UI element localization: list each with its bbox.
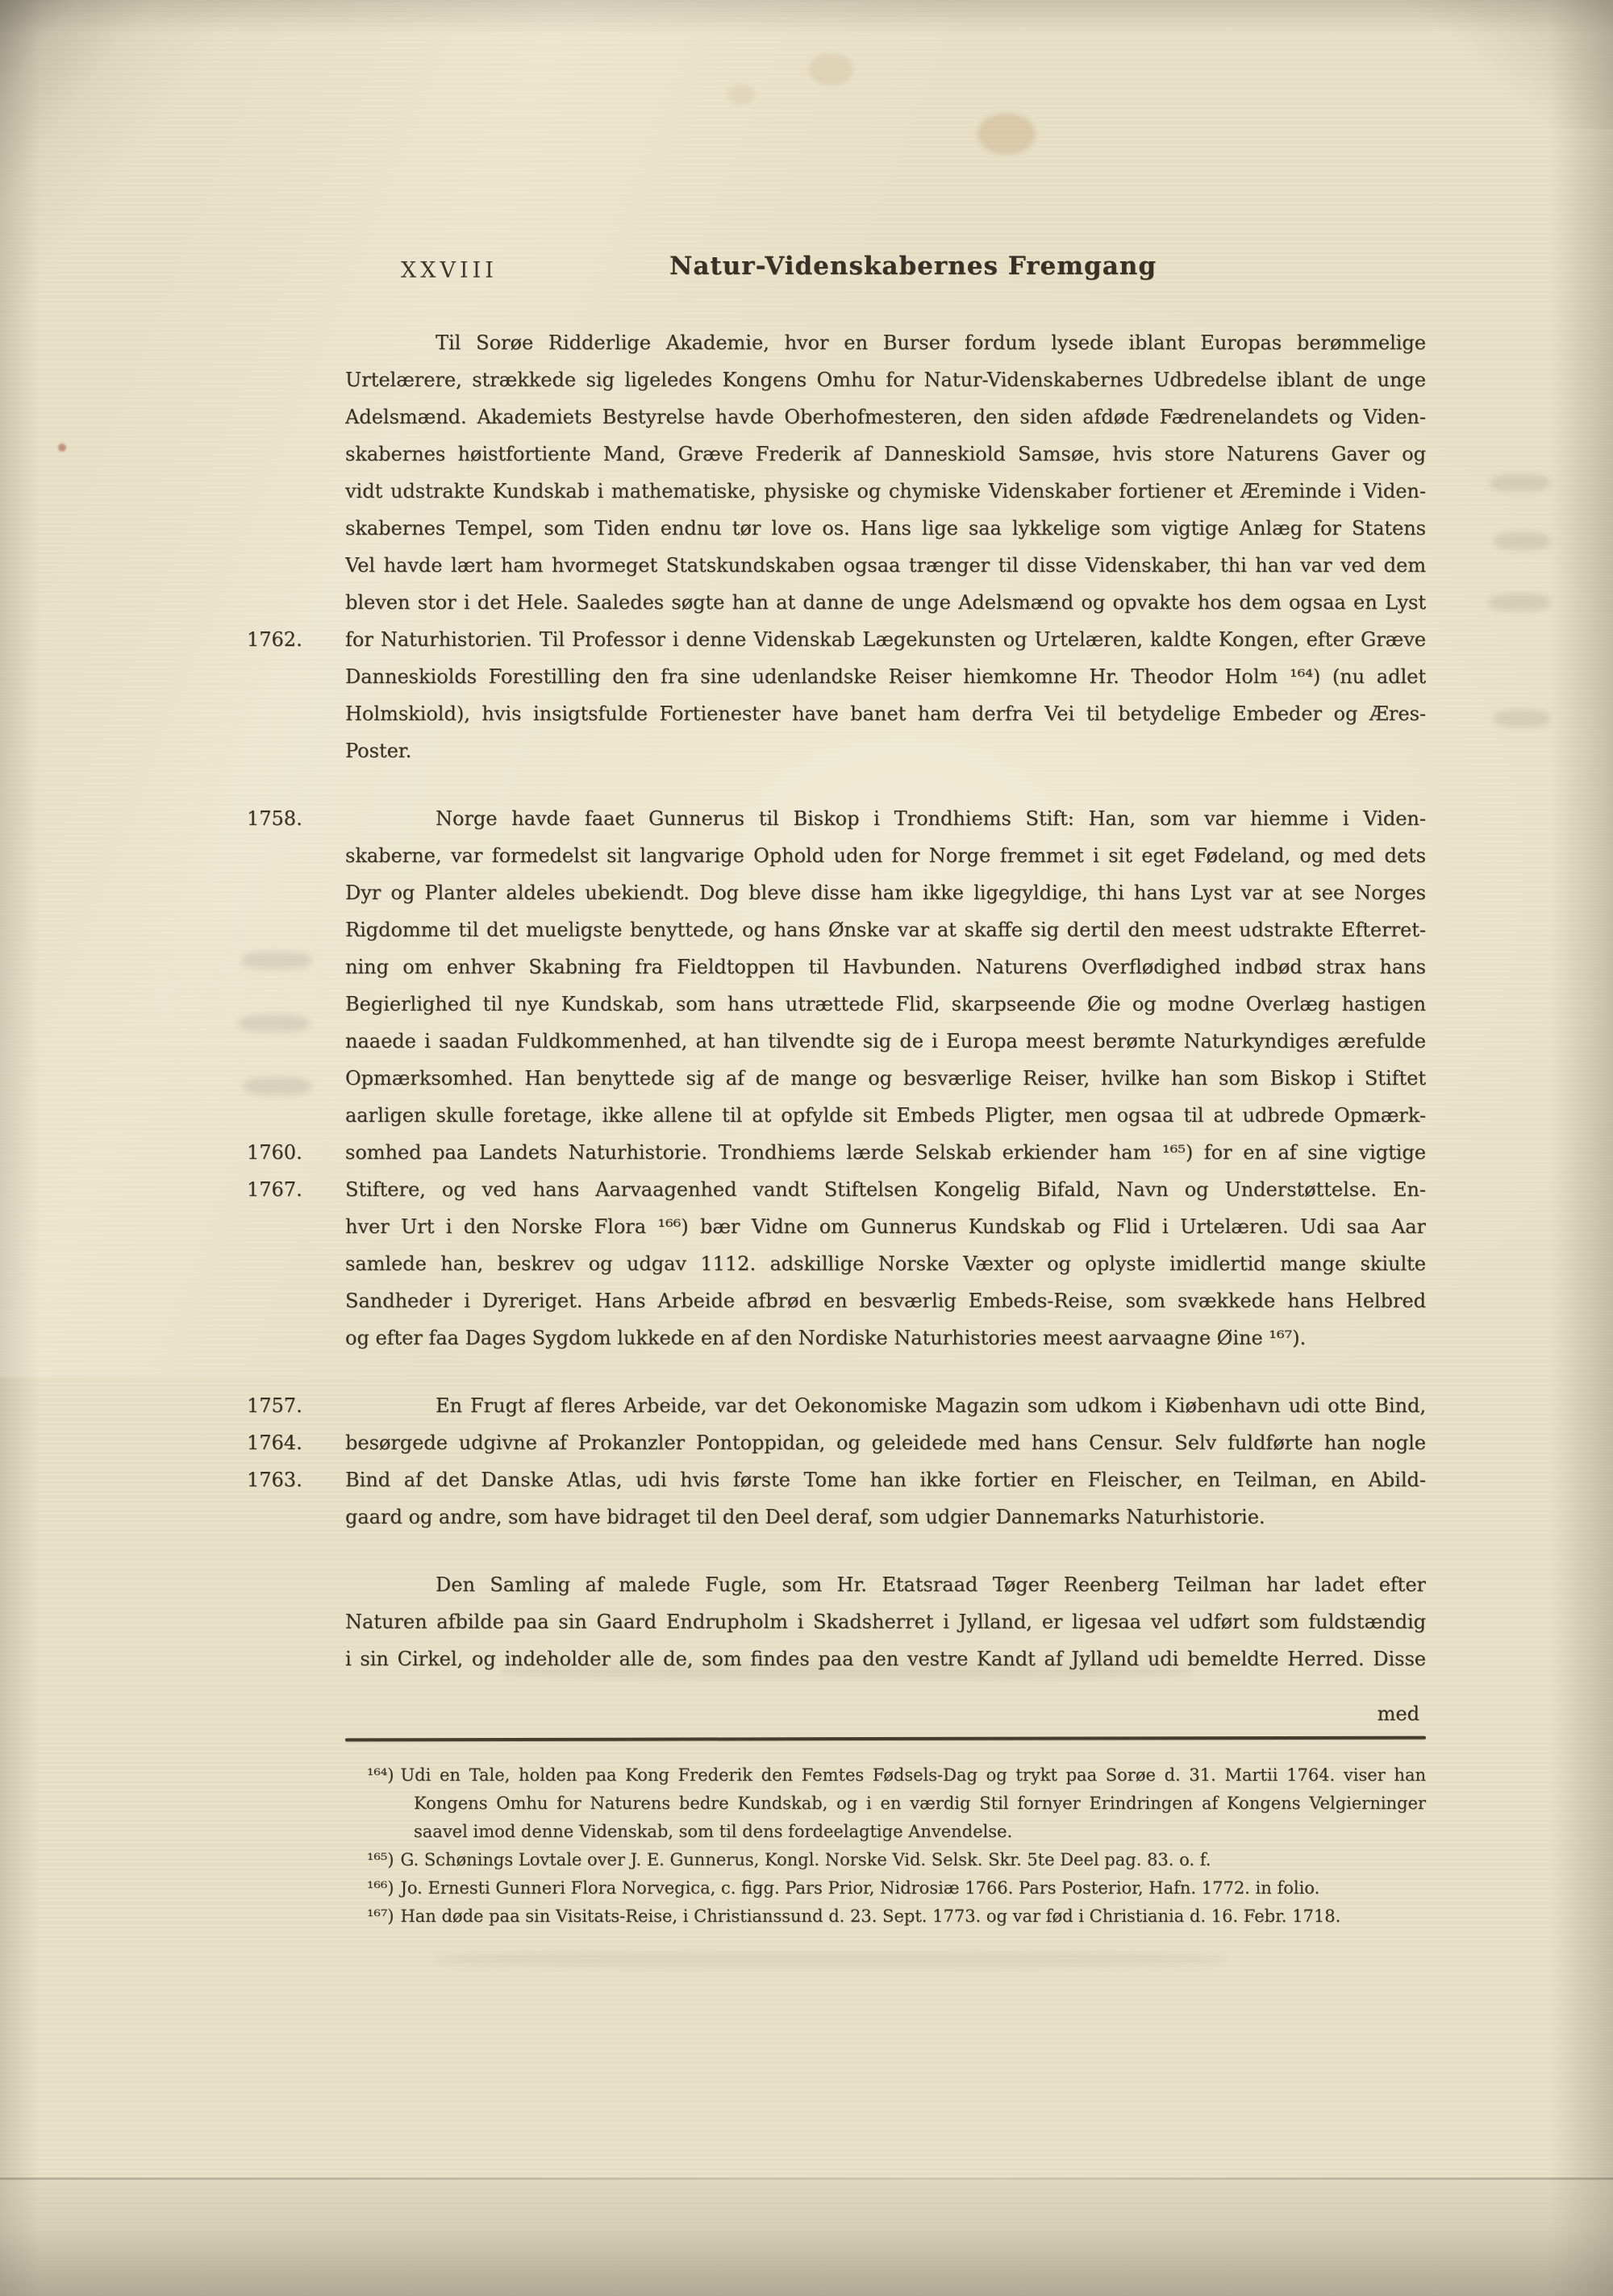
text-line: for Naturhistorien. Til Professor i denn… [345,621,1426,658]
margin-year: 1763. [247,1461,339,1498]
text-line: Opmærksomhed. Han benyttede sig af de ma… [345,1060,1426,1097]
text-line: Danneskiolds Forestilling den fra sine u… [345,658,1426,695]
stain-spot [727,84,755,105]
text-line: Adelsmænd. Akademiets Bestyrelse havde O… [345,398,1426,435]
text-line: Bind af det Danske Atlas, udi hvis først… [345,1461,1426,1498]
text-line: Vel havde lært ham hvormeget Statskundsk… [345,547,1426,584]
footnote-text: Jo. Ernesti Gunneri Flora Norvegica, c. … [400,1878,1319,1898]
text-line: bleven stor i det Hele. Saaledes søgte h… [345,584,1426,621]
paragraph: 1762. Til Sorøe Ridderlige Akademie, hvo… [345,324,1426,769]
footnotes: ¹⁶⁴)Udi en Tale, holden paa Kong Frederi… [367,1761,1426,1931]
show-through-smudge [436,1952,1226,1968]
text-line: og efter faa Dages Sygdom lukkede en af … [345,1319,1426,1356]
text-line: vidt udstrakte Kundskab i mathematiske, … [345,473,1426,510]
text-line: ning om enhver Skabning fra Fieldtoppen … [345,948,1426,985]
text-line: Norge havde faaet Gunnerus til Biskop i … [345,800,1426,837]
footnote-separator [345,1736,1426,1742]
show-through-smudge [239,1015,310,1032]
footnote: ¹⁶⁴)Udi en Tale, holden paa Kong Frederi… [367,1761,1426,1846]
text-line: aarligen skulle foretage, ikke allene ti… [345,1097,1426,1134]
text-line: skabernes Tempel, som Tiden endnu tør lo… [345,510,1426,547]
footnote-label: ¹⁶⁷) [367,1906,400,1926]
text-line: samlede han, beskrev og udgav 1112. adsk… [345,1245,1426,1282]
text-block: 1762. Til Sorøe Ridderlige Akademie, hvo… [345,324,1426,1931]
text-line: Til Sorøe Ridderlige Akademie, hvor en B… [345,324,1426,361]
paragraph: Den Samling af malede Fugle, som Hr. Eta… [345,1566,1426,1677]
footnote: ¹⁶⁶)Jo. Ernesti Gunneri Flora Norvegica,… [367,1874,1426,1902]
text-line: Urtelærere, strækkede sig ligeledes Kong… [345,361,1426,398]
stain-spot [58,444,66,452]
margin-year: 1767. [247,1171,339,1208]
footnote-label: ¹⁶⁶) [367,1878,400,1898]
running-title: Natur-Videnskabernes Fremgang [373,252,1453,281]
scanned-page: XXVIII Natur-Videnskabernes Fremgang 176… [0,0,1613,2296]
footnote-label: ¹⁶⁵) [367,1850,400,1869]
show-through-smudge [1494,532,1550,550]
catchword: med [345,1695,1426,1732]
text-line: hver Urt i den Norske Flora ¹⁶⁶) bær Vid… [345,1208,1426,1245]
footnote-text: G. Schønings Lovtale over J. E. Gunnerus… [400,1850,1211,1869]
text-line: i sin Cirkel, og indeholder alle de, som… [345,1640,1426,1677]
text-line: skaberne, var formedelst sit langvarige … [345,837,1426,874]
text-line: skabernes høistfortiente Mand, Græve Fre… [345,435,1426,473]
text-line: Naturen afbilde paa sin Gaard Endrupholm… [345,1603,1426,1640]
margin-year: 1757. [247,1387,339,1424]
text-line: Den Samling af malede Fugle, som Hr. Eta… [345,1566,1426,1603]
footnote-text: Udi en Tale, holden paa Kong Frederik de… [400,1765,1426,1841]
show-through-smudge [244,1077,311,1095]
text-line: Stiftere, og ved hans Aarvaagenhed vandt… [345,1171,1426,1208]
text-line: Rigdomme til det mueligste benyttede, og… [345,911,1426,948]
footnote: ¹⁶⁵)G. Schønings Lovtale over J. E. Gunn… [367,1846,1426,1874]
text-line: Begierlighed til nye Kundskab, som hans … [345,985,1426,1023]
show-through-smudge [1489,594,1550,611]
footnote-label: ¹⁶⁴) [367,1765,400,1785]
text-line: Dyr og Planter aldeles ubekiendt. Dog bl… [345,874,1426,911]
page-edge-shading [0,2180,1613,2296]
text-line: besørgede udgivne af Prokanzler Pontoppi… [345,1424,1426,1461]
corner-shadow-right [1371,0,1613,129]
margin-year: 1764. [247,1424,339,1461]
stain-spot [808,53,853,85]
text-line: gaard og andre, som have bidraget til de… [345,1498,1426,1536]
paragraph: 1757. 1764. 1763. En Frugt af fleres Arb… [345,1387,1426,1536]
paragraph: 1758. 1760. 1767. Norge havde faaet Gunn… [345,800,1426,1356]
text-line: En Frugt af fleres Arbeide, var det Oeko… [345,1387,1426,1424]
text-line: Holmskiold), hvis insigtsfulde Fortienes… [345,695,1426,732]
text-line: Poster. [345,732,1426,769]
show-through-smudge [1494,710,1550,727]
footnote-text: Han døde paa sin Visitats-Reise, i Chris… [400,1906,1340,1926]
text-line: Sandheder i Dyreriget. Hans Arbeide afbr… [345,1282,1426,1319]
text-line: naaede i saadan Fuldkommenhed, at han ti… [345,1023,1426,1060]
show-through-smudge [242,952,311,969]
stain-spot [977,113,1036,155]
margin-year: 1760. [247,1134,339,1171]
footnote: ¹⁶⁷)Han døde paa sin Visitats-Reise, i C… [367,1902,1426,1931]
margin-year: 1762. [247,621,339,658]
show-through-smudge [1490,474,1550,492]
text-line: somhed paa Landets Naturhistorie. Trondh… [345,1134,1426,1171]
margin-year: 1758. [247,800,339,837]
